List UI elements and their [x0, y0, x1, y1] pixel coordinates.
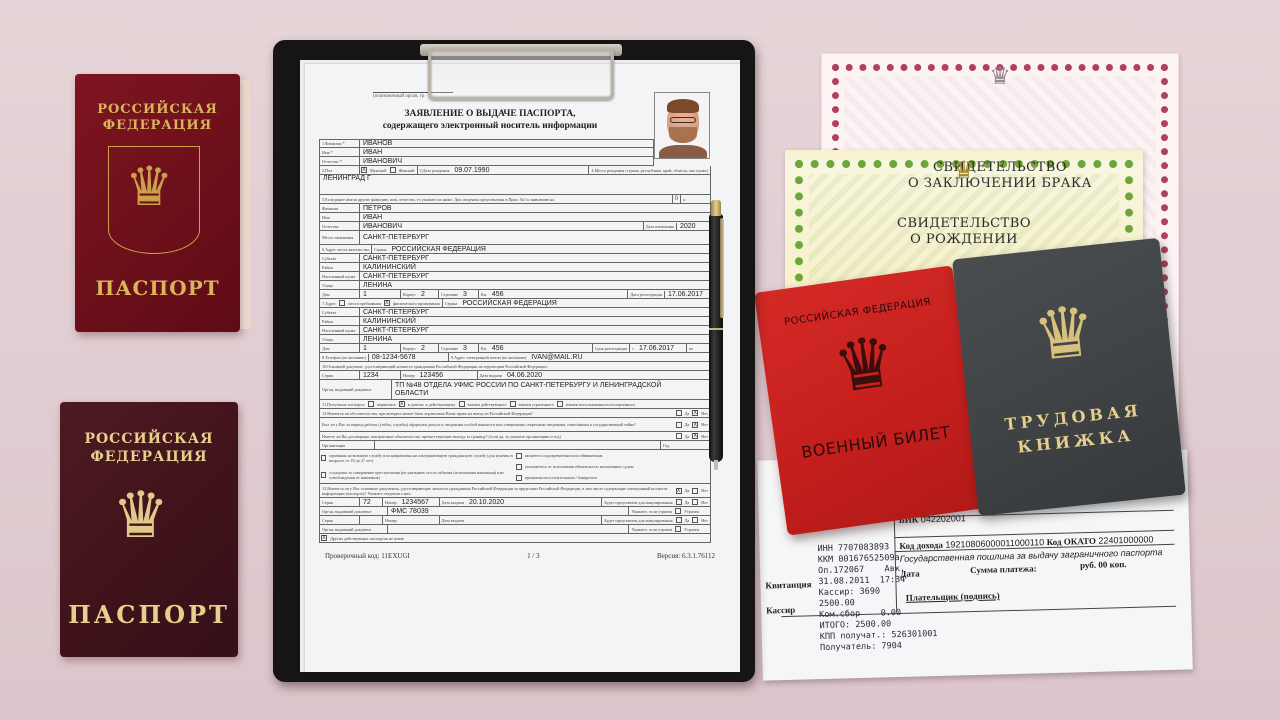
residence-locality-field[interactable]: САНКТ-ПЕТЕРБУРГ [360, 273, 429, 280]
field-label: Дом [320, 290, 360, 298]
eagle-emblem-icon: ♛ [989, 62, 1011, 91]
number-label: Номер [382, 498, 399, 506]
certificate-title-line1: СВИДЕТЕЛЬСТВО [795, 216, 1133, 232]
issue-date-label: Дата выдачи [439, 516, 466, 524]
okato-label: Код ОКАТО [1047, 536, 1096, 547]
no-label: Нет [699, 498, 710, 506]
other-number-field[interactable]: 1234567 [399, 499, 439, 506]
receipt-label: Квитанция [765, 579, 811, 590]
form-version: Версия: 6.3.1.76112 [657, 552, 715, 560]
stay-option2-checkbox[interactable]: X [384, 300, 390, 306]
certificate-title-line1: СВИДЕТЕЛЬСТВО [832, 160, 1168, 176]
stay-option1-label: места пребывания [346, 299, 383, 307]
prev-patronymic-field[interactable]: ИВАНОВИЧ [360, 223, 402, 230]
eagle-emblem-icon: ♛ [761, 318, 969, 415]
yes-label: Да [683, 484, 692, 497]
country-label: Страна [371, 245, 389, 253]
q13-label: 13.Имеются ли у Вас основные документы, … [320, 484, 675, 497]
obtain-label: 11.Получение паспорта: [320, 400, 367, 408]
field-label: Населенный пункт [320, 326, 360, 334]
q12c-yes-checkbox[interactable] [676, 433, 682, 439]
q12-label: 12.Имеются ли обстоятельства, при которы… [320, 409, 675, 417]
building-label: Строение [438, 344, 460, 352]
check2-label: осуждены за совершение преступления (не … [327, 470, 515, 480]
main-doc-issue-date-field[interactable]: 04.06.2020 [504, 372, 542, 379]
issue-date-label: Дата выдачи [477, 371, 504, 379]
marriage-certificate-title: СВИДЕТЕЛЬСТВО О ЗАКЛЮЧЕНИИ БРАКА [832, 160, 1168, 192]
sex-female-label: Женский [397, 166, 417, 174]
check5-label: признаны несостоятельным / банкротом [523, 475, 599, 481]
change-date-label: Дата изменения [643, 222, 676, 230]
country-label: Страна [442, 299, 460, 307]
check4-label: уклоняетесь от исполнения обязательств, … [523, 464, 636, 470]
field-label: Субъект [320, 254, 360, 262]
field-label: Отчество * [320, 157, 360, 165]
lost-hint: Укажите, если утрачен [628, 507, 674, 515]
check1-label: призваны на военную службу или направлен… [327, 453, 515, 463]
field-label: Место изменения [320, 231, 360, 244]
prev-names-count[interactable]: 0 [672, 195, 680, 203]
main-doc-number-field[interactable]: 123456 [417, 372, 477, 379]
field-label: Орган, выдавший документ [320, 525, 388, 533]
reg-period-label: Срок регистрации [592, 344, 629, 352]
military-id: РОССИЙСКАЯ ФЕДЕРАЦИЯ ♛ ВОЕННЫЙ БИЛЕТ [754, 265, 986, 535]
field-label: Орган, выдавший документ [320, 507, 388, 515]
name-field[interactable]: ИВАН [360, 149, 382, 156]
block-label: Корпус [400, 344, 418, 352]
annul-label: Будет представлен для аннулирования [601, 516, 674, 524]
eagle-emblem-icon: ♛ [958, 290, 1172, 381]
form-title: ЗАЯВЛЕНИЕ О ВЫДАЧЕ ПАСПОРТА, содержащего… [325, 108, 655, 132]
stay-subject-field[interactable]: САНКТ-ПЕТЕРБУРГ [360, 309, 429, 316]
field-label: Улица [320, 281, 360, 289]
obtain-opt1-label: первичное [375, 400, 398, 408]
internal-passport: РОССИЙСКАЯ ФЕДЕРАЦИЯ ♛ ПАСПОРТ [60, 402, 238, 657]
reg-to-label: по [686, 344, 710, 352]
field-label: Имя * [320, 148, 360, 156]
lost-checkbox[interactable] [675, 508, 681, 514]
birth-certificate-title: СВИДЕТЕЛЬСТВО О РОЖДЕНИИ [795, 216, 1133, 248]
receipt-amount-label: Сумма платежа: [970, 563, 1037, 575]
passport-country-line1: РОССИЙСКАЯ [60, 430, 238, 448]
annul-label: Будет представлен для аннулирования [601, 498, 674, 506]
residence-block-field[interactable]: 2 [418, 291, 438, 298]
work-record-book: ♛ ТРУДОВАЯ КНИЖКА [952, 238, 1186, 516]
military-id-title: ВОЕННЫЙ БИЛЕТ [775, 419, 976, 466]
passport-country-line2: ФЕДЕРАЦИЯ [75, 118, 240, 134]
phone-label: 8.Телефон (по желанию) [320, 353, 368, 361]
other-issue-date-field[interactable]: 20.10.2020 [466, 499, 504, 506]
stay-country-field[interactable]: РОССИЙСКАЯ ФЕДЕРАЦИЯ [459, 300, 556, 307]
surname-field[interactable]: ИВАНОВ [360, 140, 392, 147]
lost2-checkbox[interactable] [675, 526, 681, 532]
check3-label: являетесь подозреваемым или обвиняемым [523, 453, 604, 459]
reg-from-label: с [629, 344, 636, 352]
prev-surname-field[interactable]: ПЕТРОВ [360, 205, 392, 212]
annul-no-checkbox[interactable] [692, 499, 698, 505]
eagle-emblem-icon: ♛ [112, 484, 169, 548]
residence-district-field[interactable]: КАЛИНИНСКИЙ [360, 264, 416, 271]
ballpoint-pen [708, 200, 724, 472]
passport-country-line1: РОССИЙСКАЯ [75, 102, 240, 118]
eagle-emblem-icon: ♛ [125, 160, 173, 214]
stay-block-field[interactable]: 2 [418, 345, 438, 352]
field-label: Серия [320, 498, 360, 506]
no-label: Нет [699, 516, 710, 524]
work-book-title: ТРУДОВАЯ КНИЖКА [969, 395, 1181, 464]
annul2-yes-checkbox[interactable] [676, 517, 682, 523]
pen-tip [714, 460, 718, 470]
yes-label: Да [683, 432, 692, 440]
field-label: Серия [320, 516, 360, 524]
okato-value: 22401000000 [1098, 534, 1153, 545]
passport-country: РОССИЙСКАЯ ФЕДЕРАЦИЯ [75, 102, 240, 134]
dob-field[interactable]: 09.07.1990 [451, 167, 489, 174]
check3-checkbox[interactable] [516, 453, 522, 459]
obtain-opt3-label: взамен действующего [466, 400, 509, 408]
stay-flat-field[interactable]: 456 [489, 345, 504, 352]
field-label: Фамилия [320, 204, 360, 212]
stay-locality-field[interactable]: САНКТ-ПЕТЕРБУРГ [360, 327, 429, 334]
check4-checkbox[interactable] [516, 464, 522, 470]
main-doc-series-field[interactable]: 1234 [360, 372, 400, 379]
stay-district-field[interactable]: КАЛИНИНСКИЙ [360, 318, 416, 325]
number-label: Номер [382, 516, 399, 524]
obtain-opt5-label: взамен использованного/испорченного [564, 400, 637, 408]
foreign-passport: РОССИЙСКАЯ ФЕДЕРАЦИЯ ♛ ПАСПОРТ [75, 74, 240, 332]
lost-label: Утрачен [682, 525, 710, 533]
no-label: Нет [699, 484, 710, 497]
form-footer: Проверочный код: 11EXUGI 1 / 3 Версия: 6… [325, 552, 715, 560]
field-label: Орган, выдавший документ [320, 380, 392, 399]
main-doc-label: 10.Основной документ, удостоверяющий лич… [320, 362, 550, 370]
field-label: 1.Фамилия * [320, 140, 360, 147]
eagle-emblem-icon: ♛ [953, 156, 975, 185]
receipt-amount-suffix: руб. 00 коп. [1080, 559, 1127, 570]
field-label: 2.Пол [320, 166, 360, 174]
q13-no-checkbox[interactable] [692, 488, 698, 494]
obtain-opt4-label: взамен утраченного [517, 400, 556, 408]
main-doc-issuer-field[interactable]: ТП №48 ОТДЕЛА УФМС РОССИИ ПО САНКТ-ПЕТЕР… [392, 382, 672, 398]
birthplace-field[interactable]: ЛЕНИНГРАД Г [320, 175, 371, 182]
sex-male-label: Мужской [368, 166, 389, 174]
pen-clip [720, 218, 724, 318]
no-other-passports-checkbox[interactable]: X [321, 535, 327, 541]
lost-hint: Укажите, если утрачен [628, 525, 674, 533]
obtain-opt5-checkbox[interactable] [557, 401, 563, 407]
page-number: 1 / 3 [527, 552, 539, 560]
q12b-label: Был ли у Вас за период работы (учёбы, сл… [320, 418, 675, 431]
building-label: Строение [438, 290, 460, 298]
stay-label: 7.Адрес [320, 299, 338, 307]
passport-country: РОССИЙСКАЯ ФЕДЕРАЦИЯ [60, 430, 238, 466]
field-label: Отчество [320, 222, 360, 230]
field-label: Населенный пункт [320, 272, 360, 280]
change-date-field[interactable]: 2020 [676, 223, 710, 230]
cash-register-check: ИНН 7707083893 ККМ 00167652509а Оп.17206… [817, 541, 938, 654]
form-title-line2: содержащего электронный носитель информа… [325, 120, 655, 132]
obtain-opt3-checkbox[interactable] [459, 401, 465, 407]
residence-flat-field[interactable]: 456 [489, 291, 504, 298]
obtain-opt1-checkbox[interactable] [368, 401, 374, 407]
prev-names-label: 5.Если ранее имели другие фамилию, имя, … [320, 195, 672, 203]
annul2-no-checkbox[interactable] [692, 517, 698, 523]
residence-country-field[interactable]: РОССИЙСКАЯ ФЕДЕРАЦИЯ [388, 246, 485, 253]
lost-label: Утрачен [682, 507, 710, 515]
prev-name-field[interactable]: ИВАН [360, 214, 382, 221]
q12-no-checkbox[interactable]: X [692, 410, 698, 416]
yes-label: Да [683, 418, 692, 431]
birthplace-label: 4.Место рождения (страна, республика, кр… [588, 166, 710, 174]
q12c-no-checkbox[interactable]: X [692, 433, 698, 439]
field-label: Субъект [320, 308, 360, 316]
number-label: Номер [400, 371, 417, 379]
field-label: Имя [320, 213, 360, 221]
passport-country-line2: ФЕДЕРАЦИЯ [60, 448, 238, 466]
clipboard-clip [428, 48, 614, 100]
issue-date-label: Дата выдачи [439, 498, 466, 506]
q13-yes-checkbox[interactable]: X [676, 488, 682, 494]
residence-subject-field[interactable]: САНКТ-ПЕТЕРБУРГ [360, 255, 429, 262]
yes-label: Да [683, 409, 692, 417]
certificate-title-line2: О ЗАКЛЮЧЕНИИ БРАКА [832, 176, 1168, 192]
residence-building-field[interactable]: 3 [460, 291, 478, 298]
flat-label: Кв. [478, 344, 489, 352]
q12-yes-checkbox[interactable] [676, 410, 682, 416]
stay-house-field[interactable]: 1 [360, 345, 400, 352]
stay-street-field[interactable]: ЛЕНИНА [360, 336, 392, 343]
form-grid: 1.Фамилия *ИВАНОВ Имя *ИВАН Отчество *ИВ… [319, 139, 711, 543]
check5-checkbox[interactable] [516, 475, 522, 481]
no-other-passports-label: Других действующих паспортов не имею [328, 534, 406, 542]
reg-date-label: Дата регистрации [627, 290, 664, 298]
email-field[interactable]: IVAN@MAIL.RU [528, 354, 582, 361]
residence-street-field[interactable]: ЛЕНИНА [360, 282, 392, 289]
field-label: Район [320, 263, 360, 271]
year-label: Год [660, 441, 710, 449]
other-series-field[interactable]: 72 [360, 499, 382, 506]
obtain-opt2-label: в дополн. к действующему [406, 400, 458, 408]
prev-names-suffix: л. [680, 195, 710, 203]
stay-reg-from-field[interactable]: 17.06.2017 [636, 345, 686, 352]
obtain-opt2-checkbox[interactable]: X [399, 401, 405, 407]
passport-title: ПАСПОРТ [60, 600, 238, 629]
q12c-label: Имеете ли Вы договорные, контрактные обя… [320, 432, 675, 440]
check1-checkbox[interactable] [321, 455, 326, 461]
obtain-opt4-checkbox[interactable] [510, 401, 516, 407]
q12b-yes-checkbox[interactable] [676, 422, 682, 428]
check2-checkbox[interactable] [321, 472, 326, 478]
check-code: Проверочный код: 11EXUGI [325, 552, 410, 560]
passport-application-form: (полномочный орган, гр ЗАЯВЛЕНИЕ О ВЫДАЧ… [305, 64, 740, 672]
stay-option1-checkbox[interactable] [339, 300, 345, 306]
residence-reg-date-field[interactable]: 17.06.2017 [664, 291, 710, 298]
field-label: Улица [320, 335, 360, 343]
phone-field[interactable]: 08-1234-5678 [368, 354, 448, 361]
stay-option2-label: фактического проживания [391, 299, 442, 307]
other-issuer-field[interactable]: ФМС 78039 [388, 508, 429, 515]
change-place-field[interactable]: САНКТ-ПЕТЕРБУРГ [360, 234, 429, 241]
field-label: Район [320, 317, 360, 325]
sex-male-checkbox[interactable]: X [361, 167, 367, 173]
certificate-title-line2: О РОЖДЕНИИ [795, 232, 1133, 248]
q12b-no-checkbox[interactable]: X [692, 422, 698, 428]
cashier-label: Кассир [766, 605, 795, 616]
flat-label: Кв. [478, 290, 489, 298]
passport-title: ПАСПОРТ [75, 276, 240, 300]
residence-label: 6.Адрес места жительства [320, 245, 371, 253]
field-label: Дом [320, 344, 360, 352]
form-title-line1: ЗАЯВЛЕНИЕ О ВЫДАЧЕ ПАСПОРТА, [325, 108, 655, 120]
dob-label: 3.Дата рождения [417, 166, 452, 174]
stay-building-field[interactable]: 3 [460, 345, 478, 352]
field-label: Организация [320, 441, 375, 449]
sex-female-checkbox[interactable] [390, 167, 396, 173]
email-label: 9.Адрес электронной почты (по желанию) [448, 353, 528, 361]
block-label: Корпус [400, 290, 418, 298]
residence-house-field[interactable]: 1 [360, 291, 400, 298]
annul-yes-checkbox[interactable] [676, 499, 682, 505]
yes-label: Да [683, 516, 692, 524]
patronymic-field[interactable]: ИВАНОВИЧ [360, 158, 402, 165]
field-label: Серия [320, 371, 360, 379]
pen-cap [711, 200, 721, 216]
yes-label: Да [683, 498, 692, 506]
